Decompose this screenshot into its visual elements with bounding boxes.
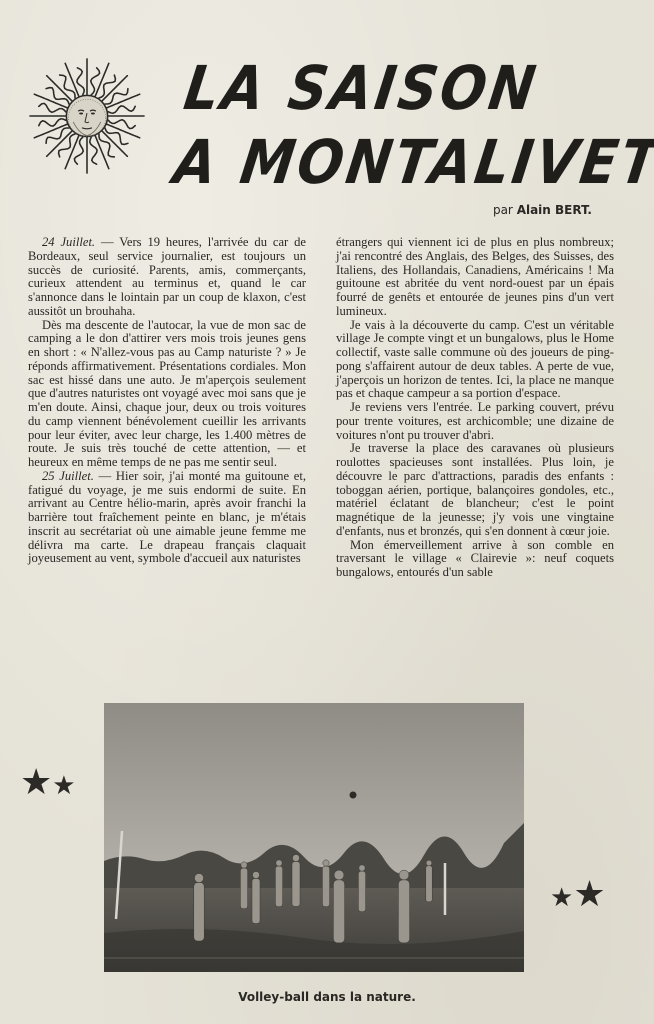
- paragraph: Mon émerveillement arrive à son comble e…: [336, 539, 614, 580]
- title-line-2: A MONTALIVET: [169, 126, 654, 200]
- photo-caption: Volley-ball dans la nature.: [0, 990, 654, 1004]
- star-icon: ★: [20, 762, 52, 802]
- paragraph: 24 Juillet. — Vers 19 heures, l'arrivée …: [28, 236, 306, 319]
- text-column-left: 24 Juillet. — Vers 19 heures, l'arrivée …: [28, 236, 306, 566]
- byline-author: Alain BERT.: [517, 203, 592, 217]
- title-line-1: LA SAISON: [180, 52, 654, 126]
- magazine-page: LA SAISON A MONTALIVET par Alain BERT. 2…: [0, 0, 654, 1024]
- byline-prefix: par: [493, 203, 513, 217]
- text-column-right: étrangers qui viennent ici de plus en pl…: [336, 236, 614, 580]
- decorative-stars-left: ★★: [20, 764, 76, 800]
- byline: par Alain BERT.: [493, 203, 592, 217]
- decorative-stars-right: ★★: [550, 876, 606, 912]
- date-heading: 25 Juillet.: [42, 469, 94, 483]
- paragraph: 25 Juillet. — Hier soir, j'ai monté ma g…: [28, 470, 306, 566]
- article-title: LA SAISON A MONTALIVET: [169, 52, 654, 200]
- date-heading: 24 Juillet.: [42, 235, 95, 249]
- paragraph: Dès ma descente de l'autocar, la vue de …: [28, 319, 306, 470]
- sun-with-face-icon: [28, 57, 146, 175]
- paragraph: Je traverse la place des caravanes où pl…: [336, 442, 614, 538]
- paragraph: Je vais à la découverte du camp. C'est u…: [336, 319, 614, 402]
- paragraph: étrangers qui viennent ici de plus en pl…: [336, 236, 614, 319]
- star-icon: ★: [573, 874, 605, 914]
- star-icon: ★: [52, 771, 75, 800]
- star-icon: ★: [550, 883, 573, 912]
- paragraph: Je reviens vers l'entrée. Le parking cou…: [336, 401, 614, 442]
- volleyball-photo: [104, 703, 524, 972]
